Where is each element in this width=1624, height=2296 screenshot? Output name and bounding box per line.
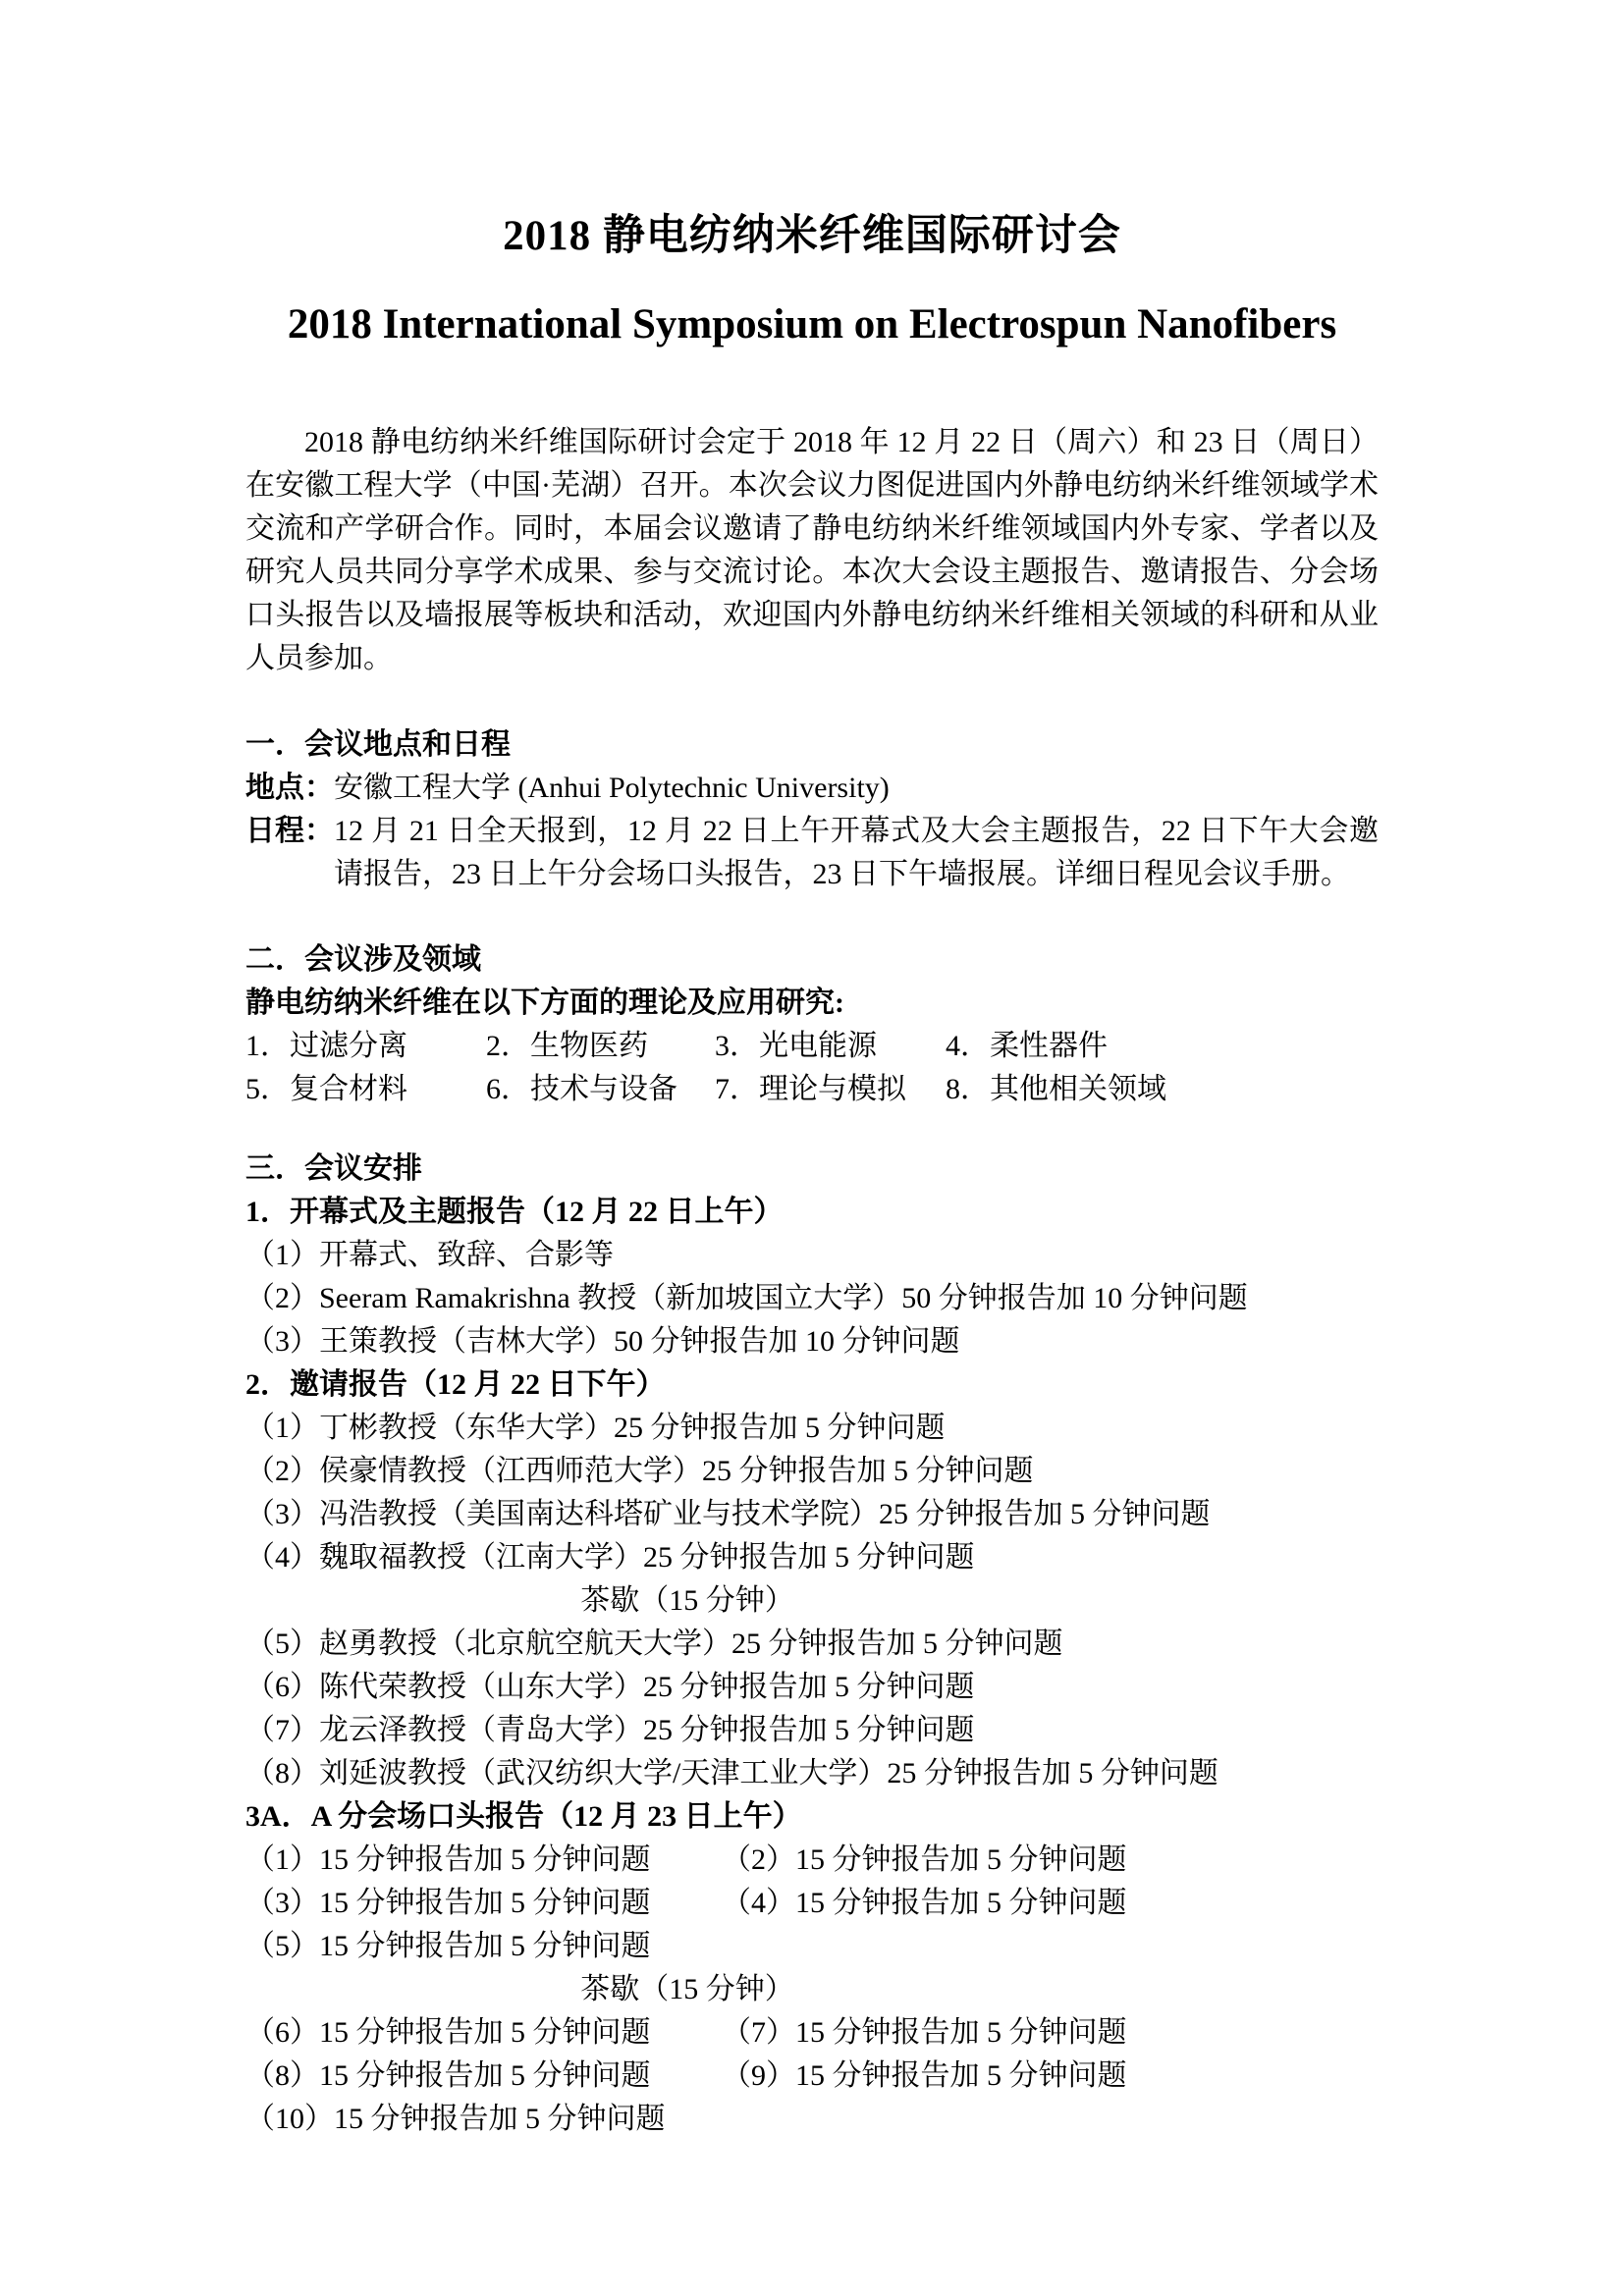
invited-item: （8）刘延波教授（武汉纺织大学/天津工业大学）25 分钟报告加 5 分钟问题: [245, 1752, 1379, 1795]
session-item: （7）15 分钟报告加 5 分钟问题: [722, 2011, 1379, 2055]
session-item: （2）15 分钟报告加 5 分钟问题: [722, 1839, 1379, 1882]
opening-item: （2）Seeram Ramakrishna 教授（新加坡国立大学）50 分钟报告…: [245, 1277, 1379, 1320]
session-item: （5）15 分钟报告加 5 分钟问题: [245, 1925, 722, 1968]
section-venue: 一．会议地点和日程 地点： 安徽工程大学 (Anhui Polytechnic …: [245, 723, 1379, 896]
session-item: （10）15 分钟报告加 5 分钟问题: [245, 2098, 722, 2141]
location-label: 地点：: [245, 767, 334, 810]
scope-heading: 二．会议涉及领域: [245, 938, 1379, 982]
invited-item: （2）侯豪情教授（江西师范大学）25 分钟报告加 5 分钟问题: [245, 1450, 1379, 1493]
invited-item: （3）冯浩教授（美国南达科塔矿业与技术学院）25 分钟报告加 5 分钟问题: [245, 1493, 1379, 1536]
invited-heading: 2．邀请报告（12 月 22 日下午）: [245, 1363, 1379, 1407]
invited-item: （1）丁彬教授（东华大学）25 分钟报告加 5 分钟问题: [245, 1407, 1379, 1450]
topic-item: 1．过滤分离: [245, 1025, 486, 1068]
session-a-heading: 3A．A 分会场口头报告（12 月 23 日上午）: [245, 1795, 1379, 1839]
document-page: 2018 静电纺纳米纤维国际研讨会 2018 International Sym…: [0, 0, 1624, 2296]
venue-location-row: 地点： 安徽工程大学 (Anhui Polytechnic University…: [245, 767, 1379, 810]
session-item: （6）15 分钟报告加 5 分钟问题: [245, 2011, 722, 2055]
opening-item: （1）开幕式、致辞、合影等: [245, 1234, 1379, 1277]
session-a-grid-before: （1）15 分钟报告加 5 分钟问题 （2）15 分钟报告加 5 分钟问题 （3…: [245, 1839, 1379, 1968]
session-item: （1）15 分钟报告加 5 分钟问题: [245, 1839, 722, 1882]
topic-item: 6．技术与设备: [486, 1068, 715, 1111]
program-heading: 三．会议安排: [245, 1148, 1379, 1191]
title-chinese: 2018 静电纺纳米纤维国际研讨会: [245, 211, 1379, 262]
session-a-grid-after: （6）15 分钟报告加 5 分钟问题 （7）15 分钟报告加 5 分钟问题 （8…: [245, 2011, 1379, 2141]
schedule-label: 日程：: [245, 810, 334, 853]
topic-item: 3．光电能源: [715, 1025, 946, 1068]
topic-item: 4．柔性器件: [946, 1025, 1379, 1068]
venue-schedule-row: 日程： 12 月 21 日全天报到，12 月 22 日上午开幕式及大会主题报告，…: [245, 810, 1379, 896]
scope-subheading: 静电纺纳米纤维在以下方面的理论及应用研究:: [245, 982, 1379, 1025]
topic-item: 8．其他相关领域: [946, 1068, 1379, 1111]
session-item: （3）15 分钟报告加 5 分钟问题: [245, 1882, 722, 1925]
topic-item: 2．生物医药: [486, 1025, 715, 1068]
session-item: （8）15 分钟报告加 5 分钟问题: [245, 2055, 722, 2098]
section-program: 三．会议安排 1．开幕式及主题报告（12 月 22 日上午） （1）开幕式、致辞…: [245, 1148, 1379, 2141]
invited-item: （7）龙云泽教授（青岛大学）25 分钟报告加 5 分钟问题: [245, 1709, 1379, 1752]
session-item: （9）15 分钟报告加 5 分钟问题: [722, 2055, 1379, 2098]
intro-paragraph: 2018 静电纺纳米纤维国际研讨会定于 2018 年 12 月 22 日（周六）…: [245, 421, 1379, 680]
section-scope: 二．会议涉及领域 静电纺纳米纤维在以下方面的理论及应用研究: 1．过滤分离 2．…: [245, 938, 1379, 1111]
invited-item: （5）赵勇教授（北京航空航天大学）25 分钟报告加 5 分钟问题: [245, 1623, 1379, 1666]
opening-heading: 1．开幕式及主题报告（12 月 22 日上午）: [245, 1191, 1379, 1234]
topics-grid: 1．过滤分离 2．生物医药 3．光电能源 4．柔性器件 5．复合材料 6．技术与…: [245, 1025, 1379, 1111]
topic-item: 7．理论与模拟: [715, 1068, 946, 1111]
session-item: （4）15 分钟报告加 5 分钟问题: [722, 1882, 1379, 1925]
opening-item: （3）王策教授（吉林大学）50 分钟报告加 10 分钟问题: [245, 1320, 1379, 1363]
invited-item: （6）陈代荣教授（山东大学）25 分钟报告加 5 分钟问题: [245, 1666, 1379, 1709]
topic-item: 5．复合材料: [245, 1068, 486, 1111]
tea-break: 茶歇（15 分钟）: [245, 1968, 1379, 2011]
location-value: 安徽工程大学 (Anhui Polytechnic University): [334, 767, 1379, 810]
title-english: 2018 International Symposium on Electros…: [245, 299, 1379, 350]
venue-heading: 一．会议地点和日程: [245, 723, 1379, 767]
schedule-value: 12 月 21 日全天报到，12 月 22 日上午开幕式及大会主题报告，22 日…: [334, 810, 1379, 896]
tea-break: 茶歇（15 分钟）: [245, 1579, 1379, 1623]
invited-item: （4）魏取福教授（江南大学）25 分钟报告加 5 分钟问题: [245, 1536, 1379, 1579]
